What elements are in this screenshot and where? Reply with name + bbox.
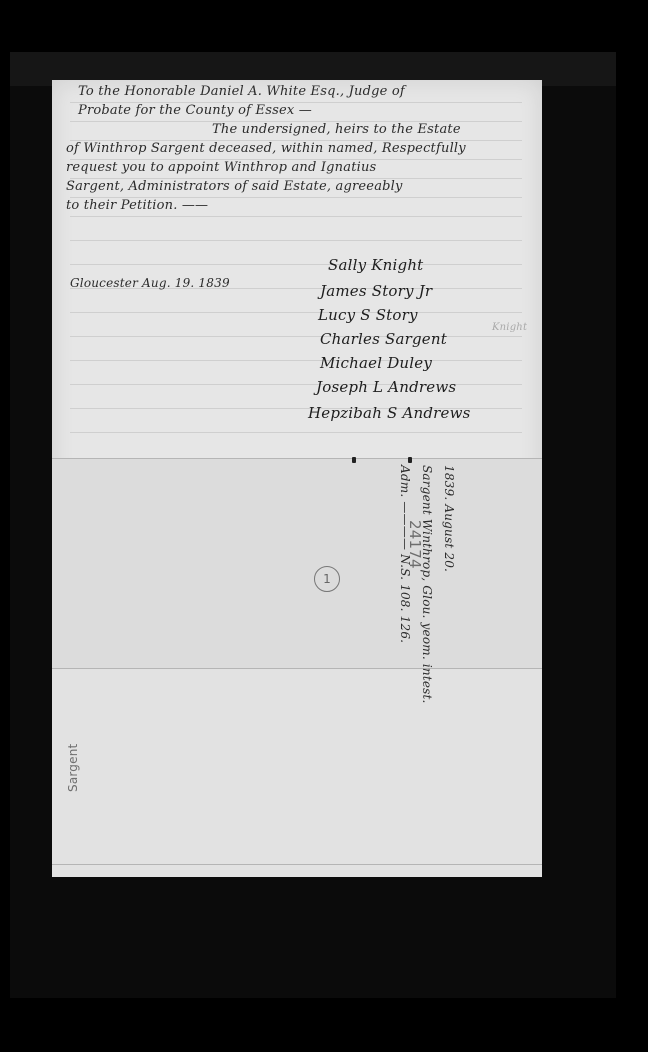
signature: James Story Jr bbox=[320, 282, 432, 300]
docket-line: Adm. ———— N.S. 108. 126. bbox=[394, 465, 416, 695]
ruled-line bbox=[70, 360, 522, 361]
fold-line bbox=[52, 458, 542, 459]
signature: Michael Duley bbox=[320, 354, 432, 372]
signature: Charles Sargent bbox=[320, 330, 447, 348]
ruled-line bbox=[70, 240, 522, 241]
margin-note: Sargent bbox=[66, 744, 80, 792]
bleedthrough-text: Knight bbox=[492, 322, 527, 333]
ruled-line bbox=[70, 216, 522, 217]
ink-blot bbox=[352, 457, 356, 463]
page-bottom-fold-section bbox=[52, 668, 542, 877]
pencil-number: 24174 bbox=[406, 520, 424, 569]
circled-mark: 1 bbox=[314, 566, 340, 592]
ink-blot bbox=[408, 457, 412, 463]
signature: Joseph L Andrews bbox=[316, 378, 456, 396]
ruled-line bbox=[70, 264, 522, 265]
docket-line: 1839. August 20. bbox=[438, 465, 460, 695]
body-line: Sargent, Administrators of said Estate, … bbox=[66, 179, 403, 194]
place-date: Gloucester Aug. 19. 1839 bbox=[70, 276, 230, 290]
signature: Lucy S Story bbox=[318, 306, 418, 324]
document-page: To the Honorable Daniel A. White Esq., J… bbox=[52, 80, 542, 877]
signature: Sally Knight bbox=[328, 256, 423, 274]
body-line: The undersigned, heirs to the Estate bbox=[212, 122, 461, 137]
fold-line bbox=[52, 864, 542, 865]
body-line: To the Honorable Daniel A. White Esq., J… bbox=[78, 84, 405, 99]
ruled-line bbox=[70, 312, 522, 313]
fold-line bbox=[52, 668, 542, 669]
docket-line: Sargent Winthrop, Glou. yeom. intest. bbox=[416, 465, 438, 695]
ruled-line bbox=[70, 336, 522, 337]
body-line: of Winthrop Sargent deceased, within nam… bbox=[66, 141, 466, 156]
signature: Hepzibah S Andrews bbox=[308, 404, 471, 422]
docket-endorsement: 1839. August 20. Sargent Winthrop, Glou.… bbox=[394, 465, 460, 695]
body-line: Probate for the County of Essex — bbox=[78, 103, 312, 118]
ruled-line bbox=[70, 432, 522, 433]
body-line: request you to appoint Winthrop and Igna… bbox=[66, 160, 376, 175]
body-line: to their Petition. —— bbox=[66, 198, 208, 213]
